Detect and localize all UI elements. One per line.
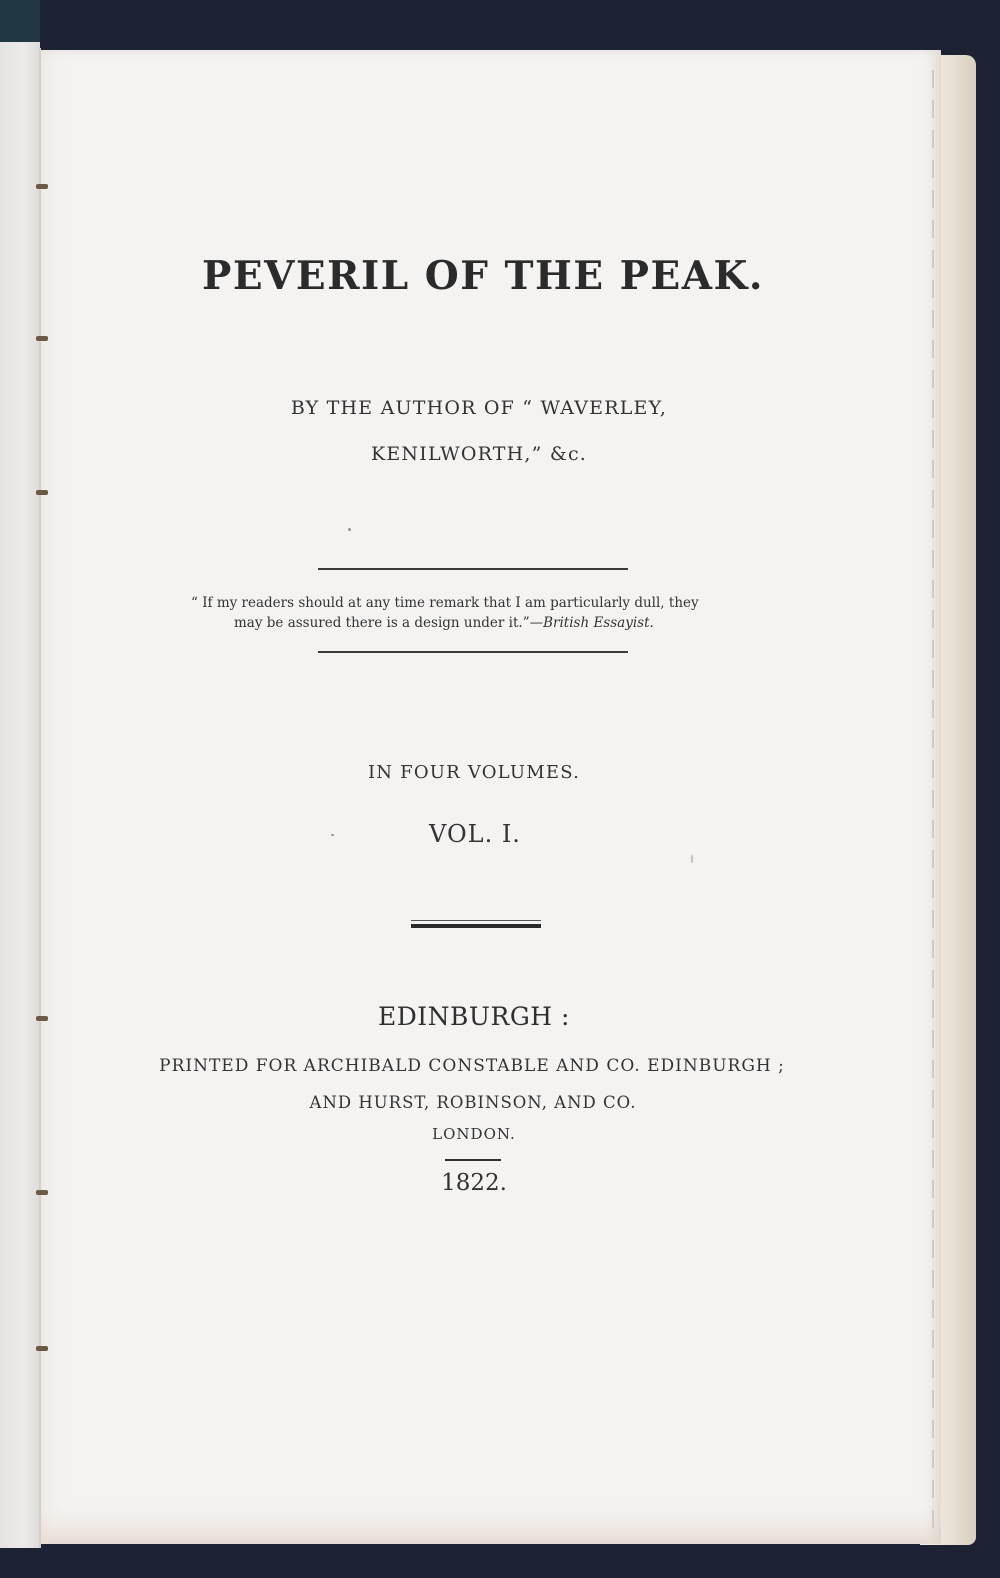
author-line-1: BY THE AUTHOR OF “ WAVERLEY,	[41, 397, 917, 419]
book-title: PEVERIL OF THE PEAK.	[41, 253, 925, 299]
thick-rule	[411, 924, 541, 928]
year-rule	[445, 1159, 501, 1161]
paper-speck	[691, 855, 693, 863]
epigraph-attribution: British Essayist.	[543, 615, 654, 631]
epigraph-line-1: “ If my readers should at any time remar…	[191, 593, 771, 614]
publication-year: 1822.	[41, 1170, 907, 1196]
epigraph-line-2: may be assured there is a design under i…	[191, 613, 814, 634]
epigraph-text: may be assured there is a design under i…	[234, 615, 543, 631]
epigraph-bottom-rule	[318, 651, 628, 653]
paper-speck	[331, 834, 334, 836]
author-line-2: KENILWORTH,” &c.	[41, 443, 917, 465]
title-page-content: PEVERIL OF THE PEAK. BY THE AUTHOR OF “ …	[41, 50, 941, 1544]
volume-number: VOL. I.	[41, 820, 909, 848]
imprint-line-3: LONDON.	[41, 1125, 907, 1143]
paper-speck	[348, 528, 351, 531]
imprint-line-1: PRINTED FOR ARCHIBALD CONSTABLE AND CO. …	[41, 1056, 903, 1076]
imprint-line-2: AND HURST, ROBINSON, AND CO.	[41, 1093, 905, 1112]
thin-rule	[411, 920, 541, 921]
imprint-city: EDINBURGH :	[41, 1002, 907, 1031]
epigraph-top-rule	[318, 568, 628, 570]
left-binding-leaf	[0, 42, 40, 1548]
volume-count: IN FOUR VOLUMES.	[41, 762, 907, 783]
double-rule-divider	[411, 920, 541, 928]
